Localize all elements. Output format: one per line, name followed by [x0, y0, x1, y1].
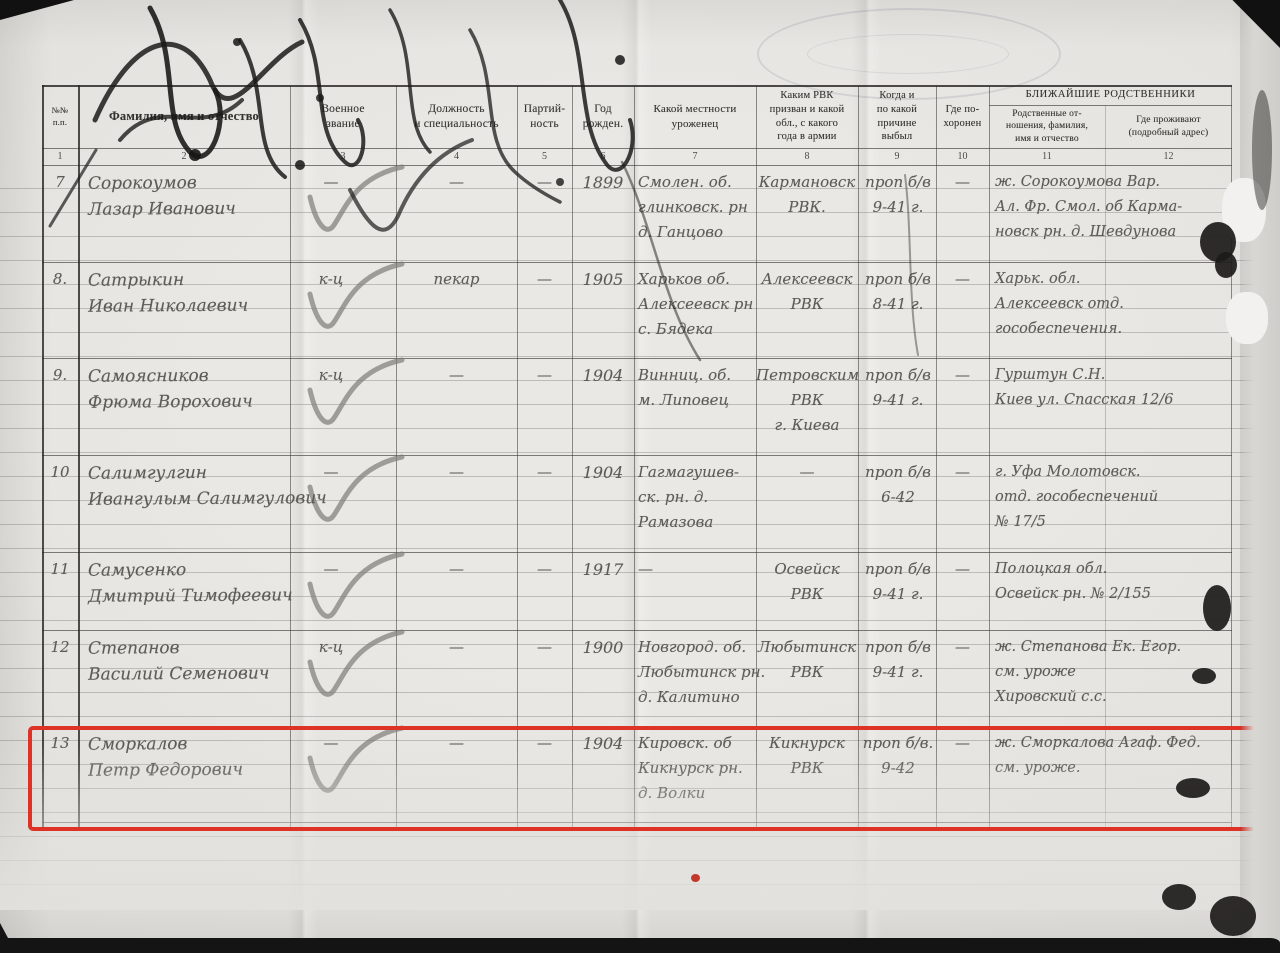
edge-tear-mark: [1162, 884, 1196, 910]
cell-name: СамоясниковФрюма Ворохович: [88, 362, 298, 415]
column-header-rank: Военноезвание: [290, 85, 396, 148]
column-number: 10: [936, 148, 989, 165]
edge-tear-mark: [1215, 252, 1237, 278]
cell-name: СтепановВасилий Семенович: [88, 634, 298, 687]
cell-birthplace: —: [638, 557, 756, 582]
cell-rvk: КармановскРВК.: [756, 170, 858, 220]
cell-departed: проп б/в.9-42: [860, 731, 936, 781]
cell-relatives: ж. Сорокоумова Вар.Ал. Фр. Смол. об Карм…: [995, 170, 1232, 245]
edge-tear-mark: [1203, 585, 1231, 631]
cell-party: —: [517, 363, 572, 388]
column-number: 4: [396, 148, 517, 165]
edge-tear-mark: [1176, 778, 1210, 798]
cell-departed: проп б/в9-41 г.: [860, 557, 936, 607]
paper-corner-dark: [0, 0, 74, 20]
table-row: 11 СамусенкоДмитрий Тимофеевич — — — 191…: [42, 552, 1232, 630]
column-header-relation: Родственные от-ношения, фамилия,имя и от…: [989, 105, 1105, 148]
cell-buried: —: [936, 267, 989, 292]
cell-birth-year: 1904: [572, 731, 634, 756]
table-row: 7 СорокоумовЛазар Иванович — — — 1899 См…: [42, 165, 1232, 262]
cell-birth-year: 1917: [572, 557, 634, 582]
cell-party: —: [517, 170, 572, 195]
cell-departed: проп б/в9-41 г.: [860, 363, 936, 413]
cell-rank: —: [294, 557, 368, 582]
paper-edge-bottom: [0, 938, 1280, 953]
cell-duty: —: [396, 557, 517, 582]
table-row: 12 СтепановВасилий Семенович к-ц — — 190…: [42, 630, 1232, 726]
column-header-no: №№п.п.: [42, 85, 78, 148]
cell-rvk: КикнурскРВК: [756, 731, 858, 781]
cell-relatives: г. Уфа Молотовск.отд. гособеспечений№ 17…: [995, 460, 1232, 535]
cell-relatives: ж. Сморкалова Агаф. Фед.см. уроже.: [995, 731, 1232, 781]
cell-rvk: ЛюбытинскРВК: [756, 635, 858, 685]
cell-birth-year: 1900: [572, 635, 634, 660]
cell-duty: —: [396, 460, 517, 485]
cell-duty: пекар: [396, 267, 517, 292]
column-header-rvk: Каким РВКпризван и какойобл., с какогого…: [756, 85, 858, 148]
cell-birth-year: 1899: [572, 170, 634, 195]
column-header-party: Партий-ность: [517, 85, 572, 148]
cell-name: СорокоумовЛазар Иванович: [88, 169, 298, 222]
cell-row-number: 13: [42, 731, 78, 756]
scanned-document-page: №№п.п. Фамилия, имя и отчество Военноезв…: [0, 0, 1280, 953]
cell-name: СморкаловПетр Федорович: [88, 730, 298, 783]
column-header-name: Фамилия, имя и отчество: [78, 85, 290, 148]
cell-birthplace: Харьков об.Алексеевск рнс. Бядека: [638, 267, 756, 342]
cell-birthplace: Винниц. об.м. Липовец: [638, 363, 756, 413]
table-row: 10 СалимгулгинИвангулым Салимгулович — —…: [42, 455, 1232, 552]
cell-rank: к-ц: [294, 635, 368, 660]
cell-party: —: [517, 731, 572, 756]
table-row: 8. СатрыкинИван Николаевич к-ц пекар — 1…: [42, 262, 1232, 358]
cell-buried: —: [936, 635, 989, 660]
cell-party: —: [517, 460, 572, 485]
column-number: 7: [634, 148, 756, 165]
cell-row-number: 7: [42, 170, 78, 195]
column-number: 12: [1105, 148, 1232, 165]
table-row: 9. СамоясниковФрюма Ворохович к-ц — — 19…: [42, 358, 1232, 455]
cell-row-number: 8.: [42, 267, 78, 292]
cell-departed: проп б/в6-42: [860, 460, 936, 510]
cell-rank: к-ц: [294, 363, 368, 388]
cell-departed: проп б/в8-41 г.: [860, 267, 936, 317]
edge-shadow: [1252, 90, 1272, 210]
cell-relatives: Гурштун С.Н.Киев ул. Спасская 12/6: [995, 363, 1232, 413]
cell-rank: —: [294, 731, 368, 756]
cell-birth-year: 1904: [572, 460, 634, 485]
cell-relatives: Харьк. обл.Алексеевск отд.гособеспечения…: [995, 267, 1232, 342]
column-number: 3: [290, 148, 396, 165]
column-header-relatives-group: БЛИЖАЙШИЕ РОДСТВЕННИКИ: [989, 85, 1232, 105]
column-header-buried: Где по-хоронен: [936, 85, 989, 148]
cell-rank: к-ц: [294, 267, 368, 292]
edge-tear-mark: [1192, 668, 1216, 684]
column-number: 5: [517, 148, 572, 165]
column-number: 11: [989, 148, 1105, 165]
column-number: 9: [858, 148, 936, 165]
cell-party: —: [517, 635, 572, 660]
cell-birthplace: Гагмагушев-ск. рн. д.Рамазова: [638, 460, 756, 535]
cell-party: —: [517, 267, 572, 292]
register-table: №№п.п. Фамилия, имя и отчество Военноезв…: [42, 85, 1232, 913]
cell-duty: —: [396, 635, 517, 660]
torn-paper-patch: [1226, 292, 1268, 344]
table-row: 13 СморкаловПетр Федорович — — — 1904 Ки…: [42, 726, 1232, 822]
cell-birthplace: Новгород. об.Любытинск рн.д. Калитино: [638, 635, 756, 710]
cell-rvk: АлексеевскРВК: [756, 267, 858, 317]
cell-party: —: [517, 557, 572, 582]
stamp-inner-ring: [807, 34, 1009, 74]
cell-rank: —: [294, 460, 368, 485]
cell-rvk: ПетровскимРВКг. Киева: [756, 363, 858, 438]
cell-duty: —: [396, 170, 517, 195]
column-number: 6: [572, 148, 634, 165]
cell-name: СатрыкинИван Николаевич: [88, 266, 298, 319]
column-header-birthplace: Какой местностиуроженец: [634, 85, 756, 148]
red-dot-marker: [691, 874, 700, 882]
cell-birth-year: 1904: [572, 363, 634, 388]
cell-name: СамусенкоДмитрий Тимофеевич: [88, 556, 298, 609]
cell-birthplace: Кировск. обКикнурск рн.д. Волки: [638, 731, 756, 806]
cell-rvk: —: [756, 460, 858, 485]
column-header-birthyear: Годрожден.: [572, 85, 634, 148]
cell-buried: —: [936, 363, 989, 388]
grid-line: [42, 822, 1232, 823]
cell-relatives: Полоцкая обл.Освейск рн. № 2/155: [995, 557, 1232, 607]
cell-buried: —: [936, 170, 989, 195]
cell-departed: проп б/в9-41 г.: [860, 170, 936, 220]
cell-duty: —: [396, 363, 517, 388]
cell-birth-year: 1905: [572, 267, 634, 292]
column-number: 1: [42, 148, 78, 165]
cell-row-number: 11: [42, 557, 78, 582]
cell-rank: —: [294, 170, 368, 195]
cell-buried: —: [936, 731, 989, 756]
column-header-address: Где проживают(подробный адрес): [1105, 105, 1232, 148]
column-number: 8: [756, 148, 858, 165]
edge-tear-mark: [1210, 896, 1256, 936]
cell-row-number: 9.: [42, 363, 78, 388]
cell-row-number: 12: [42, 635, 78, 660]
cell-row-number: 10: [42, 460, 78, 485]
cell-birthplace: Смолен. об.глинковск. рнд. Ганцово: [638, 170, 756, 245]
cell-name: СалимгулгинИвангулым Салимгулович: [88, 459, 298, 512]
cell-departed: проп б/в9-41 г.: [860, 635, 936, 685]
column-header-duty: Должностьи специальность: [396, 85, 517, 148]
cell-duty: —: [396, 731, 517, 756]
column-number: 2: [78, 148, 290, 165]
cell-rvk: ОсвейскРВК: [756, 557, 858, 607]
column-header-departed: Когда ипо какойпричиневыбыл: [858, 85, 936, 148]
cell-buried: —: [936, 557, 989, 582]
cell-buried: —: [936, 460, 989, 485]
